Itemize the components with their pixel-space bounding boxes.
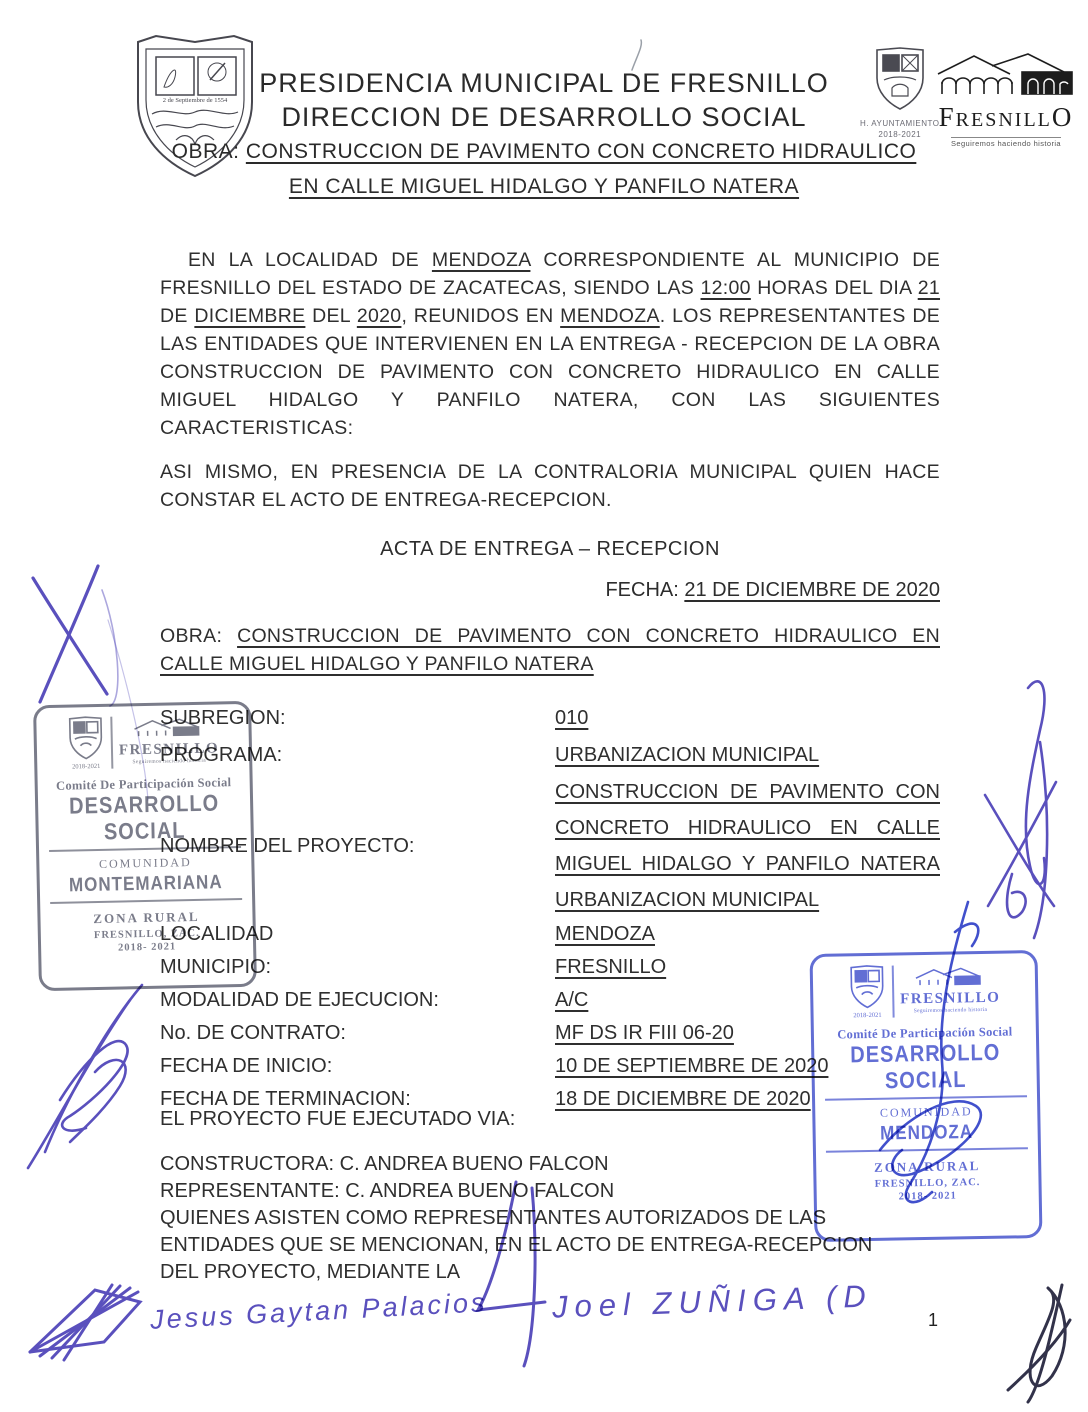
right-margin-signature (985, 681, 1056, 938)
intro-paragraph: EN LA LOCALIDAD DE MENDOZA CORRESPONDIEN… (160, 246, 940, 442)
header-title-2: DIRECCION DE DESARROLLO SOCIAL (0, 100, 1088, 134)
stamp-period: 2018- 2021 (823, 1189, 1033, 1204)
field-value-line: URBANIZACION MUNICIPAL (555, 882, 940, 918)
stamp-shield-caption: 2018-2021 (848, 1012, 886, 1020)
stamp-city: FRESNILLO, ZAC. (822, 1176, 1032, 1191)
stamp-zone: ZONA RURAL (46, 908, 246, 928)
fecha-line: FECHA: 21 DE DICIEMBRE DE 2020 (160, 579, 940, 602)
stamp-community-label: COMUNIDAD (821, 1103, 1031, 1122)
stamp-mendoza: 2018-2021 FRESNILLO Seguiremos haciendo … (810, 950, 1043, 1242)
stamp-shield: 2018-2021 (848, 964, 887, 1020)
stamp-community-name: MENDOZA (821, 1120, 1031, 1147)
stamp-fresnillo-logo: FRESNILLO Seguiremos haciendo historia (900, 966, 1001, 1014)
stamp-rule (49, 846, 241, 852)
stamp-logo-word: FRESNILLO (900, 989, 1000, 1008)
stamp-period: 2018- 2021 (47, 940, 247, 955)
stamp-header: 2018-2021 FRESNILLO Seguiremos haciendo … (819, 961, 1030, 1020)
stamp-logo-word: FRESNILLO (119, 740, 220, 759)
field-value: MENDOZA (555, 918, 940, 951)
stamp-zone: ZONA RURAL (822, 1157, 1032, 1177)
header-obra-line-2: EN CALLE MIGUEL HIDALGO Y PANFILO NATERA (0, 175, 1088, 199)
stamp-shield-caption: 2018-2021 (67, 763, 105, 771)
stamp-shield-icon (848, 964, 887, 1011)
left-margin-signature (28, 985, 142, 1168)
field-row-nombre-proyecto: NOMBRE DEL PROYECTO: CONSTRUCCION DE PAV… (160, 774, 940, 918)
field-row-programa: PROGRAMA: URBANIZACION MUNICIPAL (160, 737, 940, 774)
field-label: FECHA DE INICIO: (160, 1050, 555, 1083)
field-value-line: MIGUEL HIDALGO Y PANFILO NATERA (555, 846, 940, 882)
stamp-fresnillo-logo: FRESNILLO Seguiremos haciendo historia (118, 717, 219, 765)
field-value: 010 (555, 700, 940, 737)
stamp-shield-icon (66, 715, 105, 762)
stamp-shield: 2018-2021 (66, 715, 105, 771)
stamp-community-name: MONTEMARIANA (46, 870, 246, 897)
stamp-montemariana: 2018-2021 FRESNILLO Seguiremos haciendo … (33, 701, 257, 992)
document-body: EN LA LOCALIDAD DE MENDOZA CORRESPONDIEN… (160, 246, 940, 678)
field-value-line: CONCRETO HIDRAULICO EN CALLE (555, 810, 940, 846)
stamp-rule (825, 1095, 1027, 1101)
stamp-building-icon (914, 966, 986, 985)
header-obra-line-1: OBRA: CONSTRUCCION DE PAVIMENTO CON CONC… (0, 140, 1088, 164)
stamp-rule (50, 898, 242, 904)
stamp-divider (110, 716, 113, 768)
field-row-localidad: LOCALIDAD MENDOZA (160, 918, 940, 951)
field-value: URBANIZACION MUNICIPAL (555, 737, 940, 774)
bottom-left-signature (30, 1285, 140, 1360)
page-number: 1 (928, 1310, 938, 1331)
stamp-divider (892, 965, 895, 1017)
scanned-document-page: 2 de Septiembre de 1554 H. AYUNTAMIENTO … (0, 0, 1088, 1412)
bottom-right-signature (1008, 1285, 1070, 1402)
contraloria-paragraph: ASI MISMO, EN PRESENCIA DE LA CONTRALORI… (160, 458, 940, 514)
stamp-rule (826, 1147, 1028, 1153)
field-value-multiline: CONSTRUCCION DE PAVIMENTO CON CONCRETO H… (555, 774, 940, 918)
field-value-line: CONSTRUCCION DE PAVIMENTO CON (555, 774, 940, 810)
field-label: MODALIDAD DE EJECUCION: (160, 984, 555, 1017)
acta-title: ACTA DE ENTREGA – RECEPCION (160, 538, 940, 561)
field-row-subregion: SUBREGION: 010 (160, 700, 940, 737)
header-title-1: PRESIDENCIA MUNICIPAL DE FRESNILLO (0, 66, 1088, 100)
obra-paragraph: OBRA: CONSTRUCCION DE PAVIMENTO CON CONC… (160, 622, 940, 678)
stamp-header: 2018-2021 FRESNILLO Seguiremos haciendo … (42, 712, 243, 771)
document-header: PRESIDENCIA MUNICIPAL DE FRESNILLO DIREC… (0, 66, 1088, 199)
field-label: No. DE CONTRATO: (160, 1017, 555, 1050)
stamp-department: DESARROLLO SOCIAL (820, 1040, 1031, 1097)
stamp-logo-tagline: Seguiremos haciendo historia (900, 1006, 1000, 1014)
stamp-building-icon (132, 717, 204, 737)
stamp-department: DESARROLLO SOCIAL (44, 790, 245, 847)
handwritten-name-jesus: Jesus Gaytan Palacios (149, 1287, 488, 1336)
